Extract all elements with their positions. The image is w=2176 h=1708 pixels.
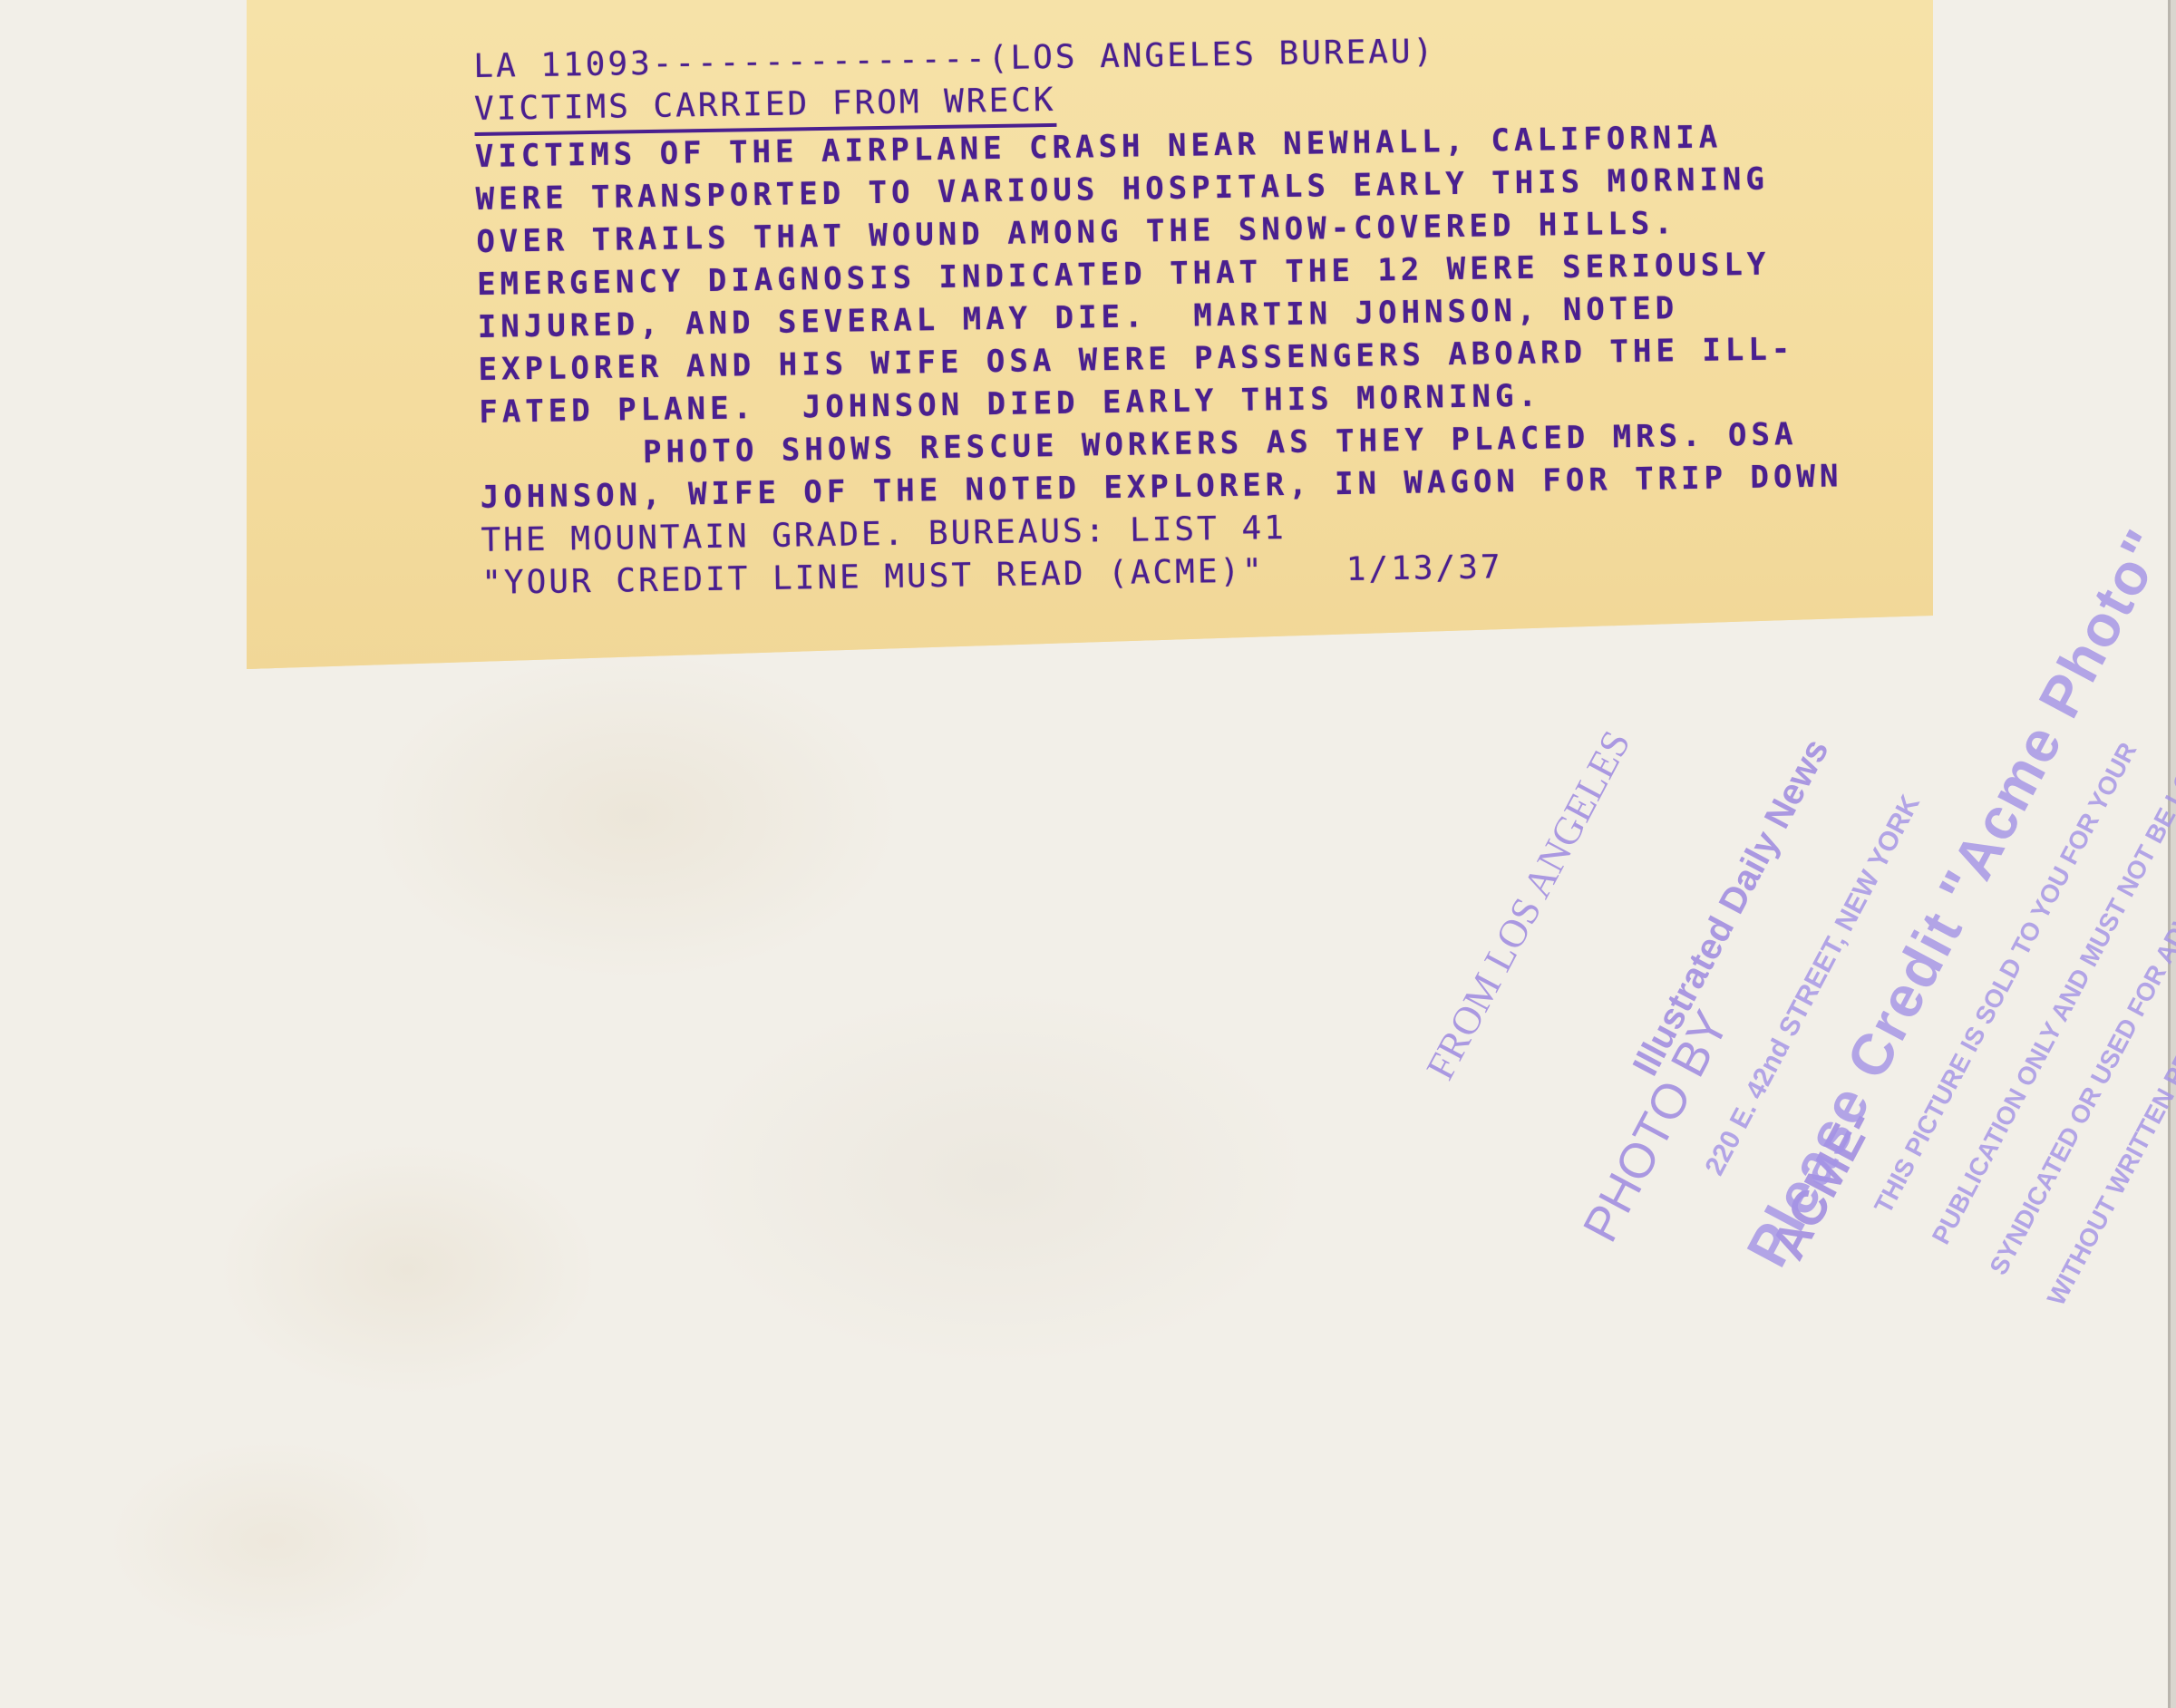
caption-text: LA 11093---------------(LOS ANGELES BURE…	[473, 23, 1932, 605]
caption-date: 1/13/37	[1345, 548, 1502, 588]
caption-slip: LA 11093---------------(LOS ANGELES BURE…	[247, 0, 1933, 669]
credit-line: "YOUR CREDIT LINE MUST READ (ACME)"	[481, 552, 1265, 602]
photo-back-paper: LA 11093---------------(LOS ANGELES BURE…	[0, 0, 2171, 1708]
